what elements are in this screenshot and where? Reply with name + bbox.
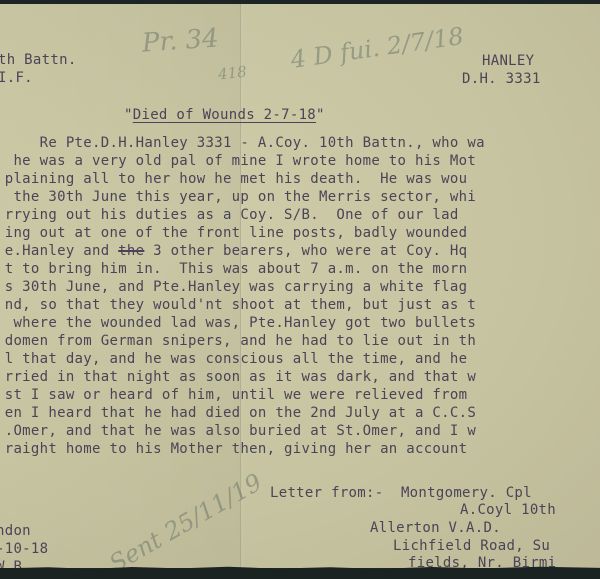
title-open-quote: " (124, 107, 133, 123)
title-close-quote: " (316, 107, 325, 123)
document-title: "Died of Wounds 2-7-18" (124, 106, 325, 124)
body-line: plaining all to her how he met his death… (0, 170, 485, 188)
header-left-unit: I.F. (0, 69, 33, 87)
body-line: .Omer, and that he was also buried at St… (0, 422, 485, 440)
header-right-surname: HANLEY (482, 52, 534, 70)
body-line: nd, so that they would'nt shoot at them,… (0, 296, 485, 314)
body-line: s 30th June, and Pte.Hanley was carrying… (0, 278, 485, 296)
footer-location: ndon (0, 522, 31, 540)
body-line: t to bring him in. This was about 7 a.m.… (0, 260, 485, 278)
handwritten-sub-reference: 418 (217, 63, 247, 84)
body-line: raight home to his Mother then, giving h… (0, 440, 485, 458)
body-line-rest: 3 other bearers, who were at Coy. Hq (144, 243, 467, 259)
letter-body: Re Pte.D.H.Hanley 3331 - A.Coy. 10th Bat… (0, 134, 485, 458)
sender-name: Montgomery. Cpl (401, 485, 532, 501)
letter-from-line: Letter from:- Montgomery. Cpl (270, 484, 532, 502)
body-line: he was a very old pal of mine I wrote ho… (0, 152, 485, 170)
sender-unit: A.Coyl 10th (460, 501, 565, 519)
body-line: rried in that night as soon as it was da… (0, 368, 485, 386)
struck-out-word: the (118, 243, 144, 259)
letter-from-label: Letter from:- (270, 485, 383, 501)
handwritten-sent-note: Sent 25/11/19 (104, 468, 266, 568)
address-line-1: Allerton V.A.D. (370, 519, 501, 537)
header-right-service-number: D.H. 3331 (462, 70, 541, 88)
body-line: en I heard that he had died on the 2nd J… (0, 404, 485, 422)
body-line: Re Pte.D.H.Hanley 3331 - A.Coy. 10th Bat… (0, 134, 485, 152)
address-line-3: fields, Nr. Birmi (408, 554, 556, 568)
handwritten-reference: Pr. 34 (141, 23, 220, 58)
body-line: the 30th June this year, up on the Merri… (0, 188, 485, 206)
body-line: domen from German snipers, and he had to… (0, 332, 485, 350)
title-text: Died of Wounds 2-7-18 (133, 107, 316, 123)
header-left-battalion: th Battn. (0, 51, 77, 69)
footer-initials: W.B. (0, 558, 31, 568)
body-line: st I saw or heard of him, until we were … (0, 386, 485, 404)
footer-date: -10-18 (0, 540, 48, 558)
body-line: rrying out his duties as a Coy. S/B. One… (0, 206, 485, 224)
body-line: e.Hanley and the 3 other bearers, who we… (0, 242, 485, 260)
handwritten-date-note: 4 D fui. 2/7/18 (289, 22, 465, 74)
body-line: ing out at one of the front line posts, … (0, 224, 485, 242)
body-line-start: e.Hanley and (0, 243, 118, 259)
body-line: l that day, and he was conscious all the… (0, 350, 485, 368)
address-line-2: Lichfield Road, Su (393, 537, 550, 555)
document-page: th Battn. I.F. Pr. 34 418 4 D fui. 2/7/1… (0, 4, 600, 568)
body-line: where the wounded lad was, Pte.Hanley go… (0, 314, 485, 332)
